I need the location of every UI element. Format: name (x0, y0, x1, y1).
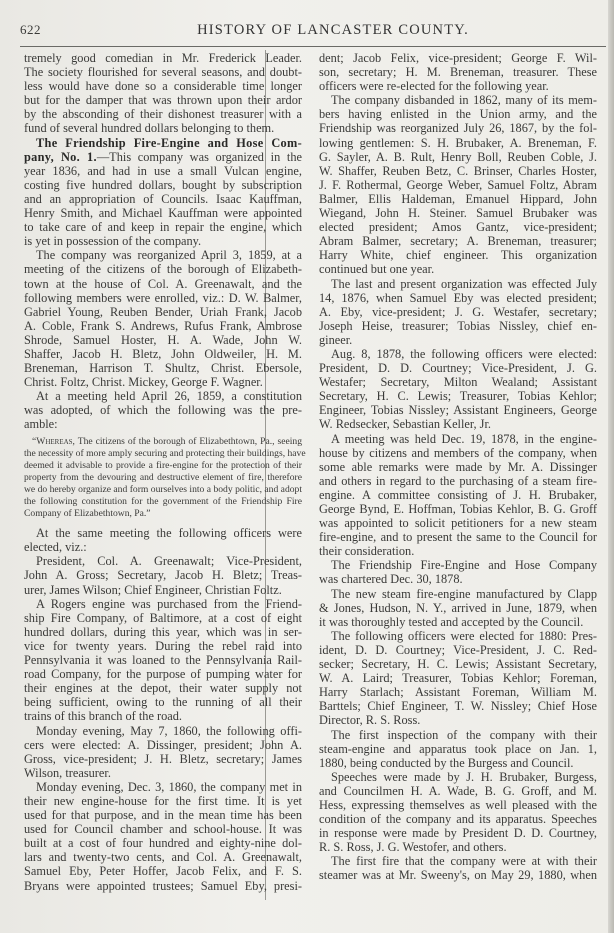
paragraph: The company was reorganized April 3, 185… (24, 248, 302, 389)
paragraph: At the same meeting the following office… (24, 526, 302, 554)
paragraph: At a meeting held April 26, 1859, a cons… (24, 389, 302, 431)
paragraph: A meeting was held Dec. 19, 1878, in the… (319, 432, 597, 559)
header-rule (20, 46, 606, 47)
running-title: HISTORY OF LANCASTER COUNTY. (20, 22, 610, 39)
paragraph: dent; Jacob Felix, vice-president; Georg… (319, 51, 597, 93)
preamble-quote: “Whereas, The citizens of the borough of… (24, 436, 302, 521)
paragraph: The Friendship Fire-Engine and Hose Comp… (319, 558, 597, 586)
page-edge-shadow (608, 0, 614, 933)
paragraph: The last and present organization was ef… (319, 277, 597, 347)
section-heading-cont: pany, No. 1. (24, 150, 97, 164)
paragraph: The company disbanded in 1862, many of i… (319, 93, 597, 276)
paragraph: The following officers were elected for … (319, 629, 597, 728)
paragraph: Monday evening, May 7, 1860, the followi… (24, 724, 302, 780)
section-paragraph: The Friendship Fire-Engine and Hose Com-… (24, 136, 302, 249)
left-column: tremely good comedian in Mr. Frederick L… (24, 51, 302, 893)
paragraph: tremely good comedian in Mr. Frederick L… (24, 51, 302, 136)
paragraph: The new steam fire-engine manufactured b… (319, 587, 597, 629)
paragraph: A Rogers engine was purchased from the F… (24, 597, 302, 724)
paragraph: Speeches were made by J. H. Brubaker, Bu… (319, 770, 597, 855)
paragraph: The first inspection of the company with… (319, 728, 597, 770)
right-column: dent; Jacob Felix, vice-president; Georg… (319, 51, 597, 883)
paragraph: The first fire that the company were at … (319, 854, 597, 882)
book-page: 622 HISTORY OF LANCASTER COUNTY. tremely… (0, 0, 614, 933)
paragraph: President, Col. A. Greenawalt; Vice-Pres… (24, 554, 302, 596)
paragraph: Monday evening, Dec. 3, 1860, the compan… (24, 780, 302, 893)
paragraph: Aug. 8, 1878, the following officers wer… (319, 347, 597, 432)
page-header: 622 HISTORY OF LANCASTER COUNTY. (20, 22, 610, 42)
section-heading: The Friendship Fire-Engine and Hose Com- (24, 136, 302, 150)
